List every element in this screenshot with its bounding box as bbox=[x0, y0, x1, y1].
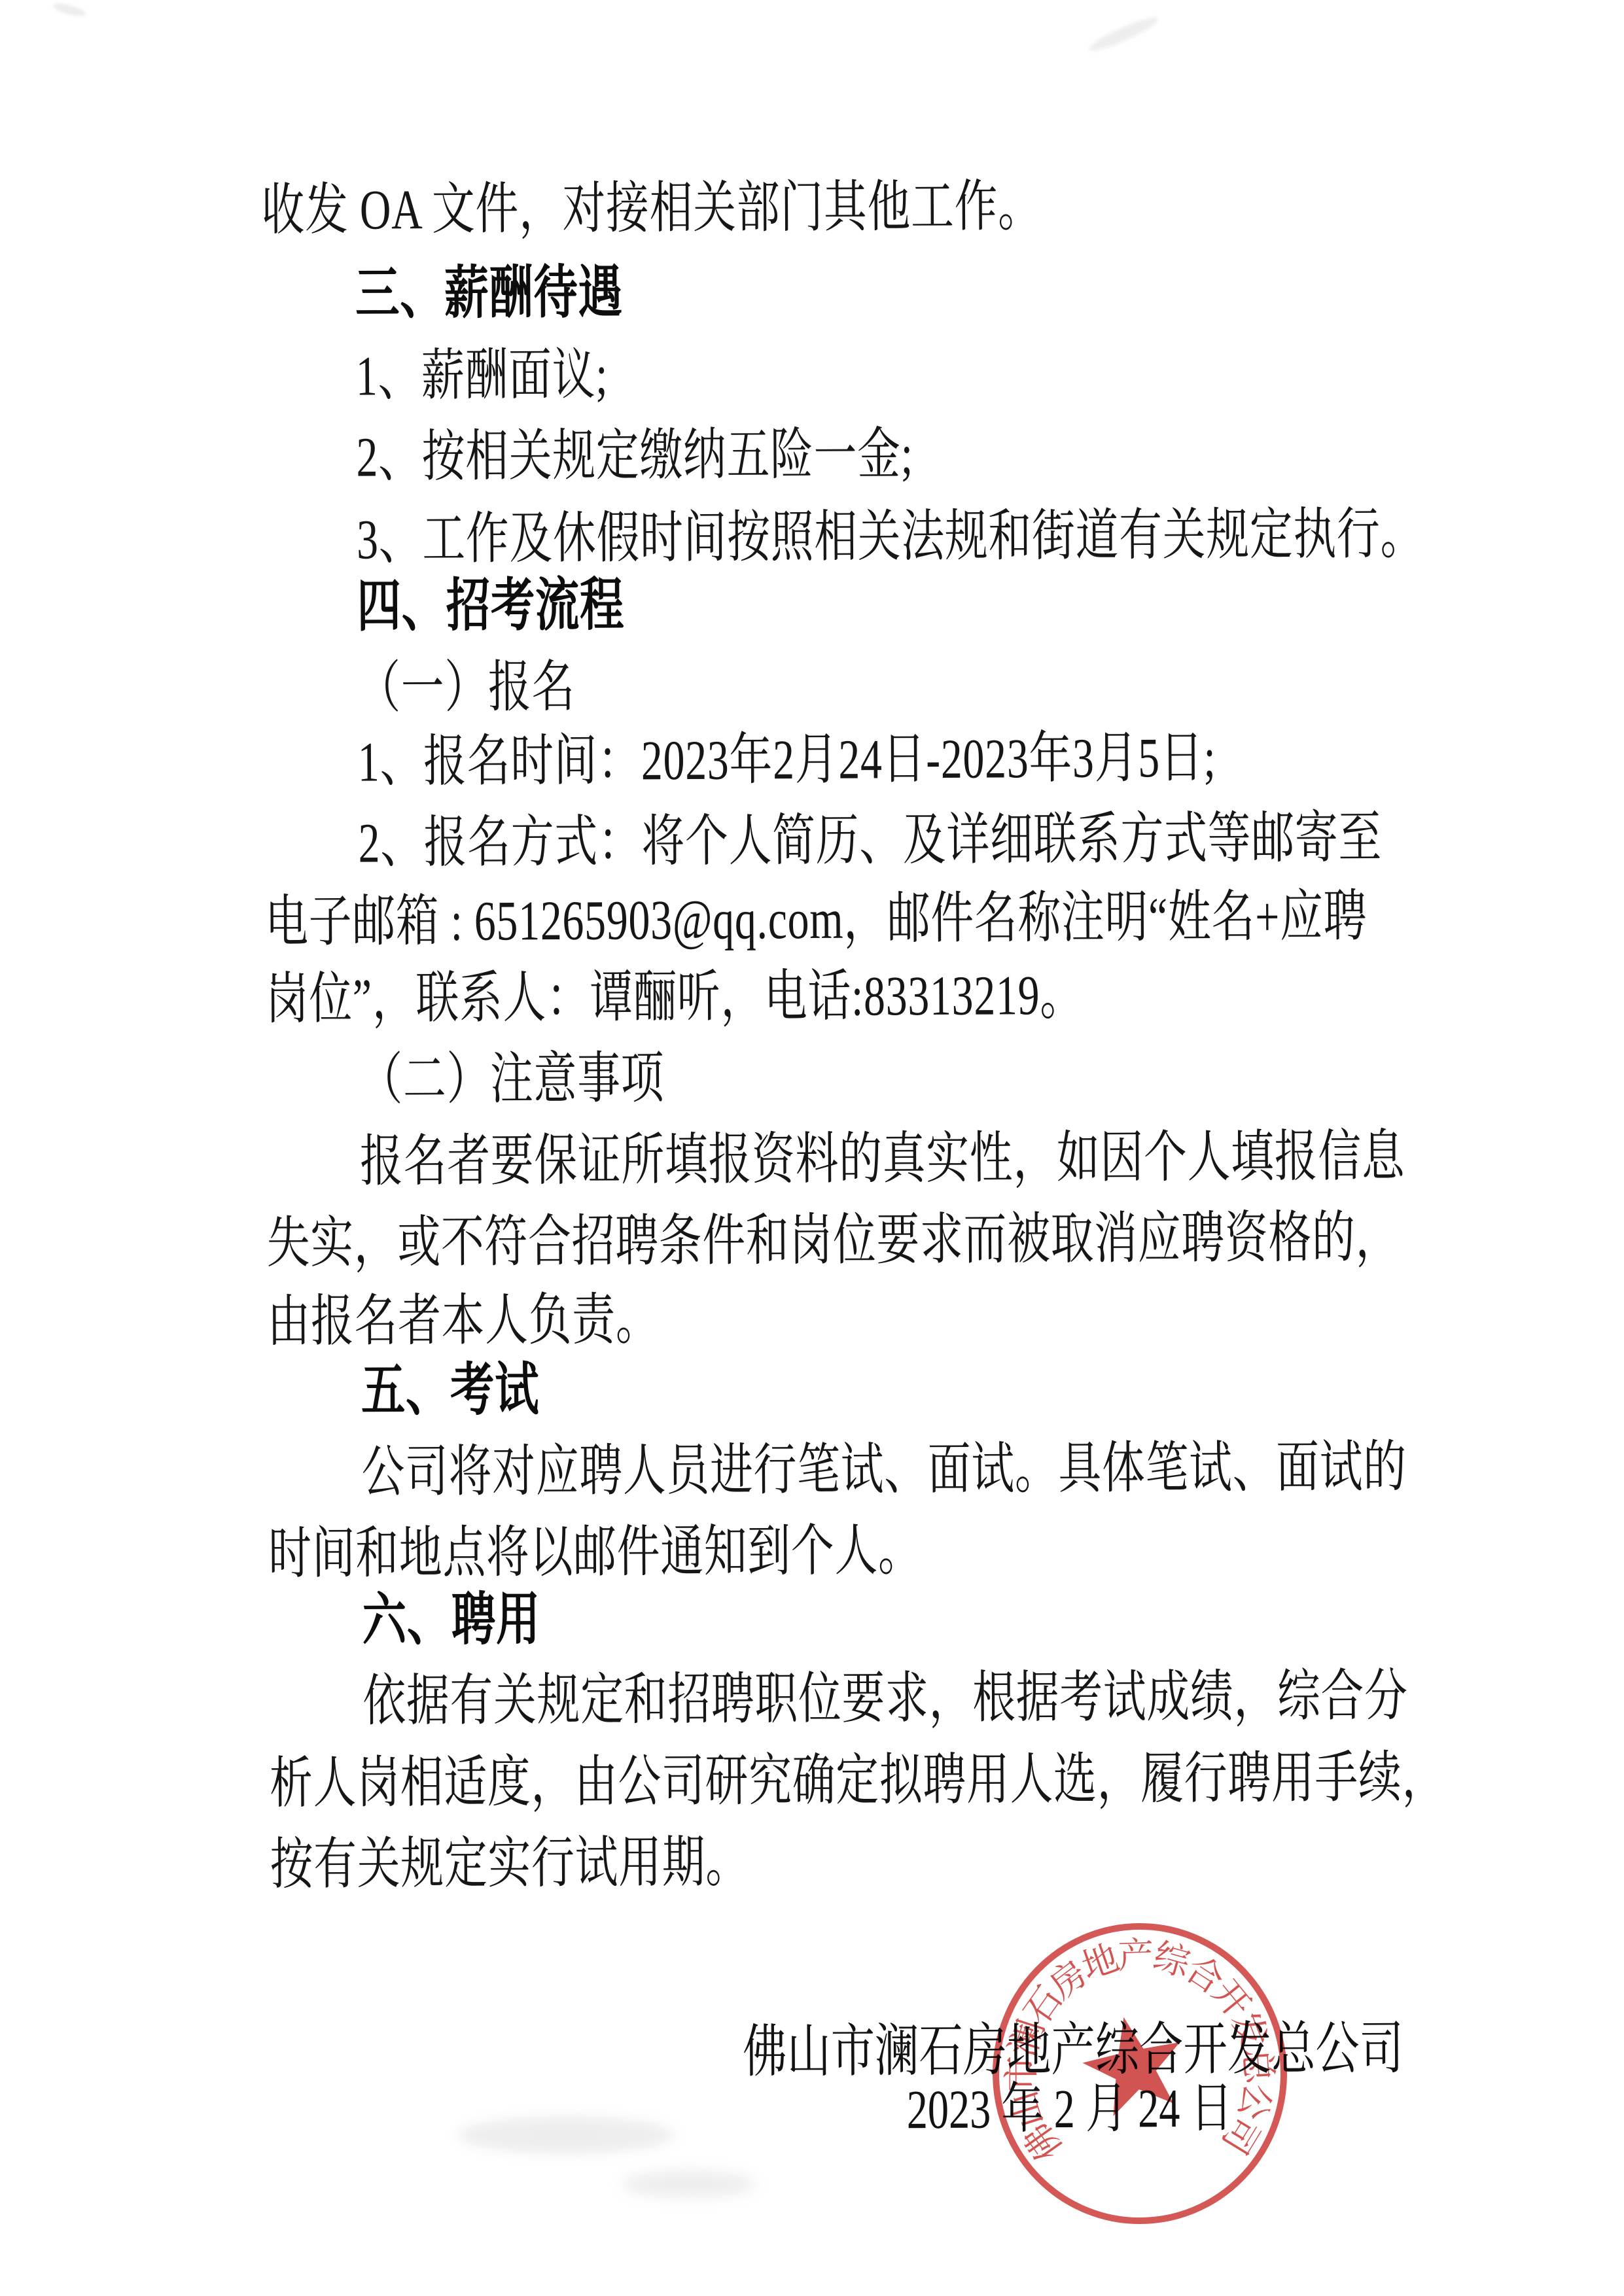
section-heading-process: 四、招考流程 bbox=[357, 572, 624, 640]
doc-line: 2、报名方式：将个人简历、及详细联系方式等邮寄至 bbox=[358, 805, 1382, 875]
scan-smudge bbox=[622, 2170, 756, 2198]
doc-line: 失实，或不符合招聘条件和岗位要求而被取消应聘资格的， bbox=[266, 1205, 1399, 1276]
doc-subheading-registration: （一）报名 bbox=[357, 655, 575, 721]
doc-line: 3、工作及休假时间按照相关法规和街道有关规定执行。 bbox=[357, 502, 1424, 572]
company-seal-stamp: 佛山市澜石房地产综合开发总公司 bbox=[989, 1921, 1292, 2228]
section-heading-employment: 六、聘用 bbox=[362, 1587, 541, 1654]
doc-line: 1、薪酬面议; bbox=[356, 343, 609, 409]
doc-line: 析人岗相适度，由公司研究确定拟聘用人选，履行聘用手续， bbox=[270, 1745, 1445, 1816]
document-text-layer: 收发 OA 文件，对接相关部门其他工作。 三、薪酬待遇 1、薪酬面议; 2、按相… bbox=[0, 0, 1624, 2296]
doc-line-contact: 岗位”，联系人：谭酾听，电话:83313219。 bbox=[266, 963, 1084, 1032]
doc-line: 时间和地点将以邮件通知到个人。 bbox=[268, 1518, 922, 1586]
doc-line: 报名者要保证所填报资料的真实性，如因个人填报信息 bbox=[360, 1124, 1405, 1194]
doc-line: 依据有关规定和招聘职位要求，根据考试成绩，综合分 bbox=[362, 1663, 1408, 1733]
doc-line: 公司将对应聘人员进行笔试、面试。具体笔试、面试的 bbox=[361, 1435, 1407, 1505]
doc-line: 由报名者本人负责。 bbox=[267, 1287, 660, 1354]
star-icon bbox=[1075, 2007, 1192, 2120]
section-heading-salary: 三、薪酬待遇 bbox=[355, 260, 623, 327]
document-page: 收发 OA 文件，对接相关部门其他工作。 三、薪酬待遇 1、薪酬面议; 2、按相… bbox=[0, 0, 1624, 2296]
scan-smudge bbox=[458, 2116, 674, 2154]
doc-line: 1、报名时间：2023年2月24日-2023年3月5日; bbox=[358, 725, 1216, 795]
doc-line: 2、按相关规定缴纳五险一金; bbox=[356, 422, 913, 489]
section-heading-exam: 五、考试 bbox=[361, 1357, 540, 1425]
doc-line-email: 电子邮箱 : 651265903@qq.com，邮件名称注明“姓名+应聘 bbox=[265, 884, 1368, 955]
doc-line: 收发 OA 文件，对接相关部门其他工作。 bbox=[261, 174, 1042, 243]
doc-subheading-notes: （二）注意事项 bbox=[359, 1046, 664, 1112]
doc-line: 按有关规定实行试用期。 bbox=[270, 1830, 749, 1898]
